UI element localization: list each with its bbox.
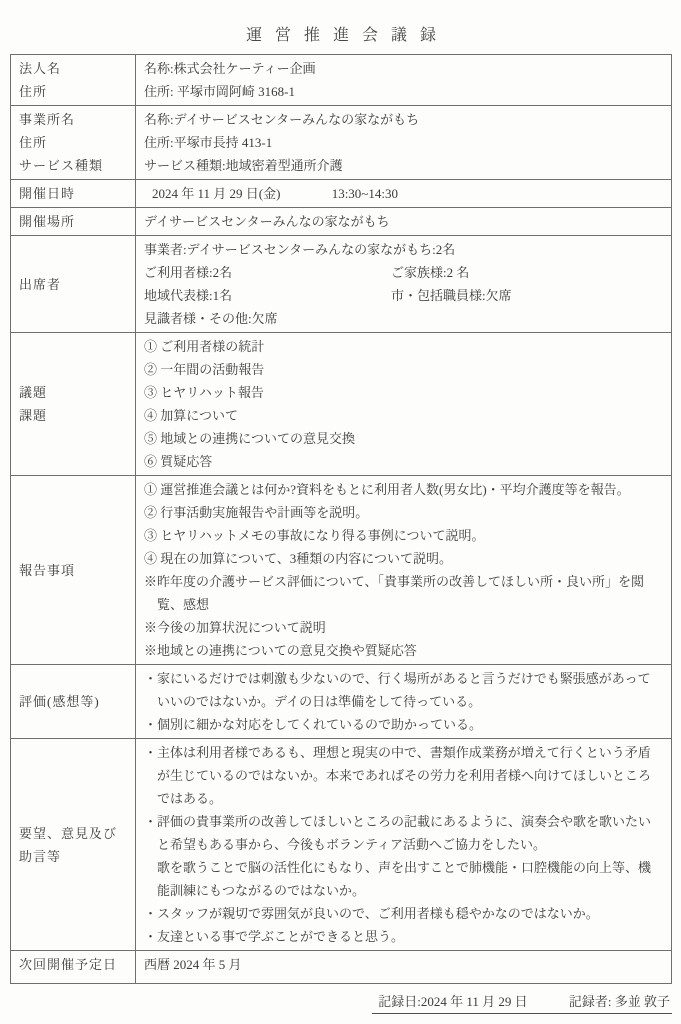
attendees-provider: 事業者:デイサービスセンターみんなの家ながもち:2名 (144, 238, 663, 261)
corporation-label-cell: 法人名 住所 (11, 55, 136, 106)
attendees-line3: 地域代表様:1名 市・包括職員様:欠席 (144, 284, 663, 307)
request-line-continuation: 歌を歌うことで脳の活性化にもなり、声を出すことで肺機能・口腔機能の向上等、機能訓… (144, 856, 663, 902)
agenda-item: ⑤ 地域との連携についての意見交換 (144, 427, 663, 450)
datetime-value-cell: 2024 年 11 月 29 日(金) 13:30~14:30 (136, 180, 672, 208)
report-note: ※昨年度の介護サービス評価について、「貴事業所の改善してほしい所・良い所」を閲覧… (144, 570, 663, 616)
place-label: 開催場所 (11, 208, 136, 236)
attendees-line2: ご利用者様:2名 ご家族様:2 名 (144, 261, 663, 284)
attendees-label: 出席者 (11, 236, 136, 333)
reports-label: 報告事項 (11, 476, 136, 665)
next-meeting-label: 次回開催予定日 (11, 951, 136, 984)
attendees-row: 出席者 事業者:デイサービスセンターみんなの家ながもち:2名 ご利用者様:2名 … (11, 236, 672, 333)
agenda-item: ② 一年間の活動報告 (144, 358, 663, 381)
evaluation-value-cell: ・家にいるだけでは刺激も少ないので、行く場所があると言うだけでも緊張感があってい… (136, 665, 672, 739)
attendees-family: ご家族様:2 名 (391, 261, 469, 284)
report-item: ④ 現在の加算について、3種類の内容について説明。 (144, 547, 663, 570)
requests-label-cell: 要望、意見及び 助言等 (11, 739, 136, 951)
minutes-table: 法人名 住所 名称:株式会社ケーティー企画 住所: 平塚市岡阿崎 3168-1 … (10, 54, 672, 984)
report-note: ※今後の加算状況について説明 (144, 616, 663, 639)
office-row: 事業所名 住所 サービス種類 名称:デイサービスセンターみんなの家ながもち 住所… (11, 106, 672, 180)
requests-value-cell: ・主体は利用者様であるも、理想と現実の中で、書類作成業務が増えて行くという矛盾が… (136, 739, 672, 951)
agenda-label-cell: 議題 課題 (11, 333, 136, 476)
corporation-name-label: 法人名 (19, 57, 127, 80)
place-row: 開催場所 デイサービスセンターみんなの家ながもち (11, 208, 672, 236)
attendees-local-rep: 地域代表様:1名 (144, 284, 391, 307)
report-note: ※地域との連携についての意見交換や質疑応答 (144, 639, 663, 662)
record-signature-line: 記録日:2024 年 11 月 29 日 記録者: 多並 敦子 (372, 991, 672, 1014)
datetime-label: 開催日時 (11, 180, 136, 208)
evaluation-line: ・家にいるだけでは刺激も少ないので、行く場所があると言うだけでも緊張感があってい… (144, 667, 663, 713)
recorder-name: 記録者: 多並 敦子 (569, 994, 670, 1009)
request-line: ・評価の貴事業所の改善してほしいところの記載にあるように、演奏会や歌を歌いたいと… (144, 810, 663, 856)
datetime-value: 2024 年 11 月 29 日(金) 13:30~14:30 (144, 182, 663, 205)
attendees-value-cell: 事業者:デイサービスセンターみんなの家ながもち:2名 ご利用者様:2名 ご家族様… (136, 236, 672, 333)
request-line: ・スタッフが親切で雰囲気が良いので、ご利用者様も穏やかなのではないか。 (144, 902, 663, 925)
agenda-item: ④ 加算について (144, 404, 663, 427)
request-line: ・友達といる事で学ぶことができると思う。 (144, 925, 663, 948)
requests-row: 要望、意見及び 助言等 ・主体は利用者様であるも、理想と現実の中で、書類作成業務… (11, 739, 672, 951)
agenda-item: ③ ヒヤリハット報告 (144, 381, 663, 404)
corporation-addr: 住所: 平塚市岡阿崎 3168-1 (144, 80, 663, 103)
report-item: ③ ヒヤリハットメモの事故になり得る事例について説明。 (144, 524, 663, 547)
office-service-label: サービス種類 (19, 154, 127, 177)
next-meeting-row: 次回開催予定日 西暦 2024 年 5 月 (11, 951, 672, 984)
office-value-cell: 名称:デイサービスセンターみんなの家ながもち 住所:平塚市長持 413-1 サー… (136, 106, 672, 180)
scanned-minutes-page: 運営推進会議録 法人名 住所 名称:株式会社ケーティー企画 住所: 平塚市岡阿崎… (0, 0, 681, 1024)
agenda-label-2: 課題 (19, 404, 127, 427)
office-name-label: 事業所名 (19, 108, 127, 131)
corporation-value-cell: 名称:株式会社ケーティー企画 住所: 平塚市岡阿崎 3168-1 (136, 55, 672, 106)
corporation-addr-label: 住所 (19, 80, 127, 103)
request-line: ・主体は利用者様であるも、理想と現実の中で、書類作成業務が増えて行くという矛盾が… (144, 741, 663, 810)
office-label-cell: 事業所名 住所 サービス種類 (11, 106, 136, 180)
corporation-name: 名称:株式会社ケーティー企画 (144, 57, 663, 80)
page-title: 運営推進会議録 (10, 22, 672, 45)
next-meeting-value-cell: 西暦 2024 年 5 月 (136, 951, 672, 984)
next-meeting-date: 西暦 2024 年 5 月 (144, 953, 663, 976)
office-addr: 住所:平塚市長持 413-1 (144, 131, 663, 154)
corporation-row: 法人名 住所 名称:株式会社ケーティー企画 住所: 平塚市岡阿崎 3168-1 (11, 55, 672, 106)
agenda-items-cell: ① ご利用者様の統計 ② 一年間の活動報告 ③ ヒヤリハット報告 ④ 加算につい… (136, 333, 672, 476)
requests-label-2: 助言等 (19, 845, 127, 868)
evaluation-line: ・個別に細かな対応をしてくれているので助かっている。 (144, 713, 663, 736)
attendees-users: ご利用者様:2名 (144, 261, 391, 284)
agenda-row: 議題 課題 ① ご利用者様の統計 ② 一年間の活動報告 ③ ヒヤリハット報告 ④… (11, 333, 672, 476)
office-name: 名称:デイサービスセンターみんなの家ながもち (144, 108, 663, 131)
evaluation-label: 評価(感想等) (11, 665, 136, 739)
reports-row: 報告事項 ① 運営推進会議とは何か?資料をもとに利用者人数(男女比)・平均介護度… (11, 476, 672, 665)
meeting-date: 2024 年 11 月 29 日(金) (152, 186, 280, 201)
agenda-label-1: 議題 (19, 381, 127, 404)
agenda-item: ① ご利用者様の統計 (144, 335, 663, 358)
report-item: ② 行事活動実施報告や計画等を説明。 (144, 501, 663, 524)
office-addr-label: 住所 (19, 131, 127, 154)
record-date: 記録日:2024 年 11 月 29 日 (378, 994, 527, 1009)
attendees-city-staff: 市・包括職員様:欠席 (391, 284, 512, 307)
office-service: サービス種類:地域密着型通所介護 (144, 154, 663, 177)
place-text: デイサービスセンターみんなの家ながもち (144, 210, 663, 233)
place-value: デイサービスセンターみんなの家ながもち (136, 208, 672, 236)
datetime-row: 開催日時 2024 年 11 月 29 日(金) 13:30~14:30 (11, 180, 672, 208)
report-item: ① 運営推進会議とは何か?資料をもとに利用者人数(男女比)・平均介護度等を報告。 (144, 478, 663, 501)
record-footer: 記録日:2024 年 11 月 29 日 記録者: 多並 敦子 (10, 991, 672, 1014)
meeting-time: 13:30~14:30 (332, 186, 398, 201)
attendees-experts: 見識者様・その他:欠席 (144, 307, 663, 330)
reports-items-cell: ① 運営推進会議とは何か?資料をもとに利用者人数(男女比)・平均介護度等を報告。… (136, 476, 672, 665)
requests-label-1: 要望、意見及び (19, 822, 127, 845)
agenda-item: ⑥ 質疑応答 (144, 450, 663, 473)
evaluation-row: 評価(感想等) ・家にいるだけでは刺激も少ないので、行く場所があると言うだけでも… (11, 665, 672, 739)
